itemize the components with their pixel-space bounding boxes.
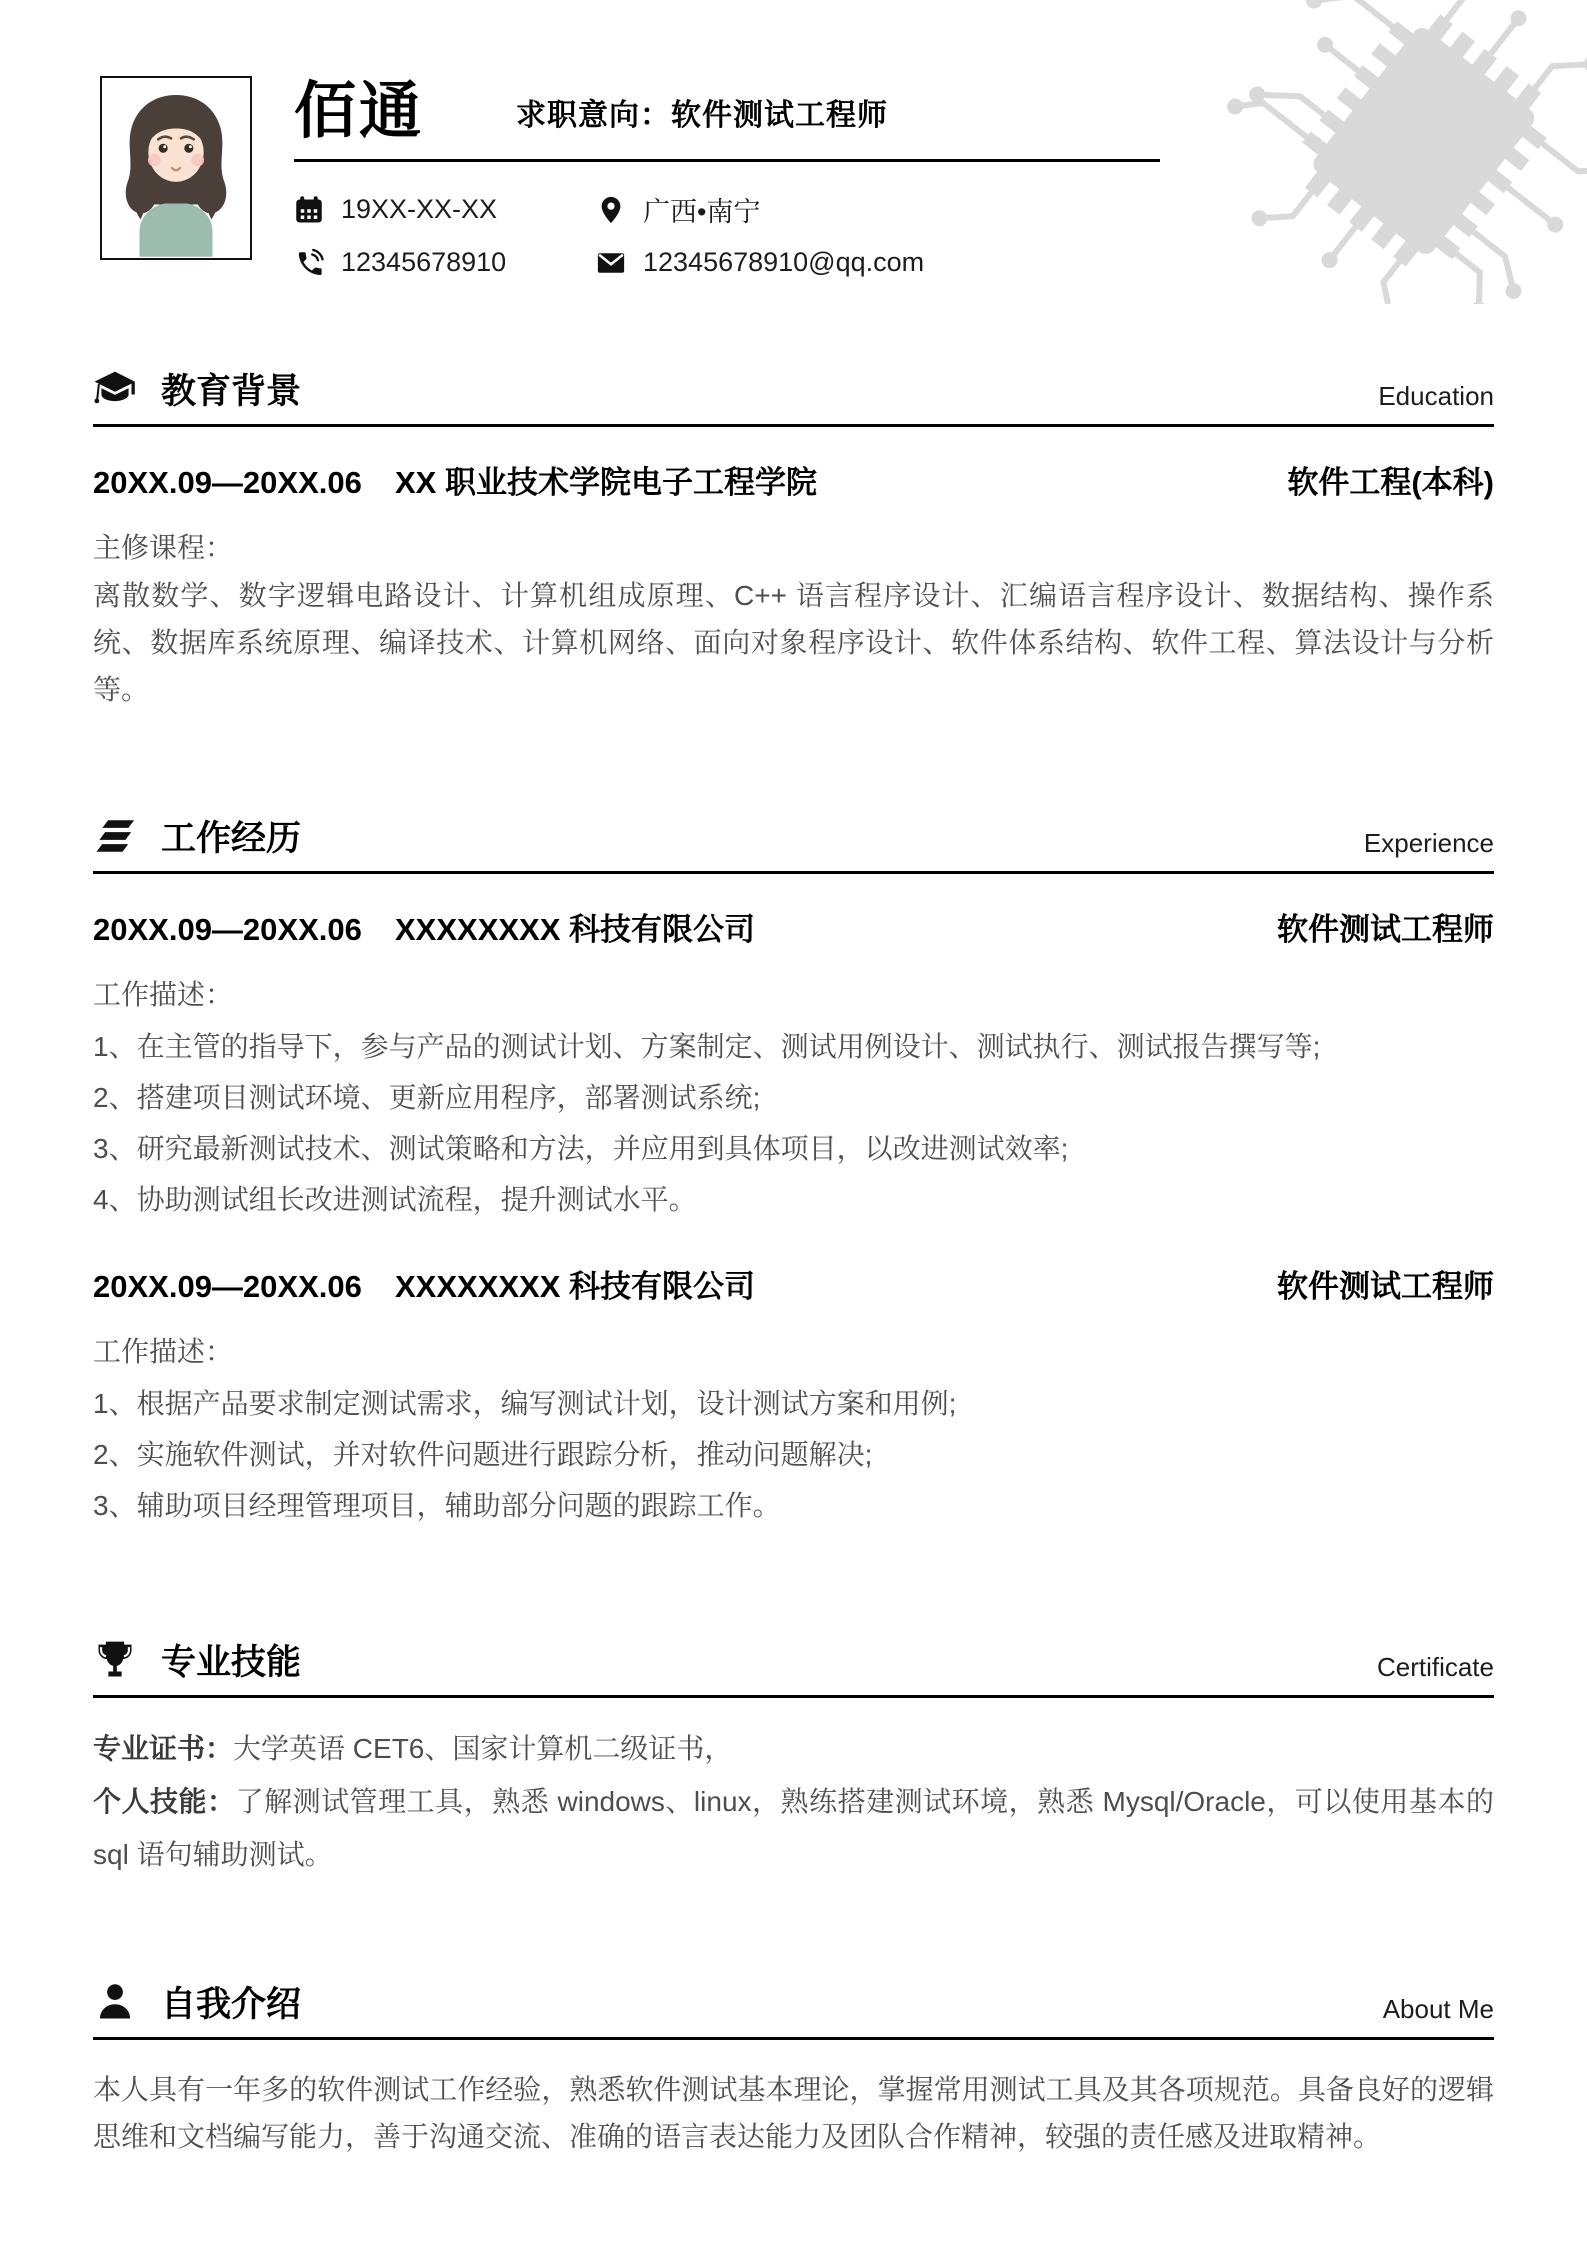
job-row: 20XX.09—20XX.06 XXXXXXXX 科技有限公司 软件测试工程师 bbox=[93, 904, 1494, 949]
envelope-icon bbox=[596, 248, 626, 278]
job-role: 软件测试工程师 bbox=[1277, 904, 1494, 949]
section-rule bbox=[93, 1695, 1494, 1698]
skill-text: 了解测试管理工具，熟悉 windows、linux，熟练搭建测试环境，熟悉 My… bbox=[93, 1786, 1494, 1870]
person-icon bbox=[93, 1980, 137, 2024]
job-desc-label: 工作描述： bbox=[93, 973, 1494, 1013]
experience-title: 工作经历 bbox=[161, 811, 301, 861]
trophy-icon bbox=[93, 1638, 137, 1682]
birthday-value: 19XX-XX-XX bbox=[341, 194, 497, 225]
job-bullets: 1、在主管的指导下，参与产品的测试计划、方案制定、测试用例设计、测试执行、测试报… bbox=[93, 1021, 1494, 1225]
about-title: 自我介绍 bbox=[161, 1977, 301, 2027]
resume-page: 佰通 求职意向：软件测试工程师 19XX-XX-XX 广西•南宁 bbox=[0, 0, 1587, 2245]
education-period: 20XX.09—20XX.06 bbox=[93, 465, 395, 501]
job-bullet: 1、在主管的指导下，参与产品的测试计划、方案制定、测试用例设计、测试执行、测试报… bbox=[93, 1021, 1494, 1072]
avatar bbox=[100, 76, 252, 260]
education-major: 软件工程(本科) bbox=[1287, 457, 1494, 502]
location-value: 广西•南宁 bbox=[643, 190, 760, 229]
job-period: 20XX.09—20XX.06 bbox=[93, 1269, 395, 1305]
contact-email: 12345678910@qq.com bbox=[596, 247, 1160, 278]
certificate-text: 大学英语 CET6、国家计算机二级证书， bbox=[233, 1733, 732, 1764]
job-role: 软件测试工程师 bbox=[1277, 1261, 1494, 1306]
section-rule bbox=[93, 871, 1494, 874]
job-bullet: 3、研究最新测试技术、测试策略和方法，并应用到具体项目，以改进测试效率; bbox=[93, 1123, 1494, 1174]
job-desc-label: 工作描述： bbox=[93, 1330, 1494, 1370]
certificate-label: 专业证书： bbox=[93, 1733, 233, 1764]
job-bullet: 2、搭建项目测试环境、更新应用程序，部署测试系统; bbox=[93, 1072, 1494, 1123]
job-bullet: 2、实施软件测试，并对软件问题进行跟踪分析，推动问题解决; bbox=[93, 1429, 1494, 1480]
section-rule bbox=[93, 2037, 1494, 2040]
contact-location: 广西•南宁 bbox=[596, 190, 1160, 229]
skill-line: 个人技能：了解测试管理工具，熟悉 windows、linux，熟练搭建测试环境，… bbox=[93, 1775, 1494, 1881]
skills-title-en: Certificate bbox=[1377, 1652, 1494, 1685]
job-bullets: 1、根据产品要求制定测试需求，编写测试计划，设计测试方案和用例; 2、实施软件测… bbox=[93, 1378, 1494, 1531]
location-pin-icon bbox=[596, 195, 626, 225]
section-rule bbox=[93, 424, 1494, 427]
skills-title: 专业技能 bbox=[161, 1635, 301, 1685]
section-skills: 专业技能 Certificate 专业证书：大学英语 CET6、国家计算机二级证… bbox=[93, 1635, 1494, 1881]
job-period: 20XX.09—20XX.06 bbox=[93, 912, 395, 948]
section-education: 教育背景 Education 20XX.09—20XX.06 XX 职业技术学院… bbox=[93, 364, 1494, 713]
job-bullet: 3、辅助项目经理管理项目，辅助部分问题的跟踪工作。 bbox=[93, 1480, 1494, 1531]
phone-value: 12345678910 bbox=[341, 247, 506, 278]
graduation-cap-icon bbox=[93, 367, 137, 411]
calendar-icon bbox=[294, 195, 324, 225]
phone-icon bbox=[294, 248, 324, 278]
job-bullet: 4、协助测试组长改进测试流程，提升测试水平。 bbox=[93, 1174, 1494, 1225]
section-experience: 工作经历 Experience 20XX.09—20XX.06 XXXXXXXX… bbox=[93, 811, 1494, 1531]
courses-label: 主修课程： bbox=[93, 526, 1494, 566]
job-company: XXXXXXXX 科技有限公司 bbox=[395, 1261, 1277, 1306]
job-intention: 求职意向：软件测试工程师 bbox=[516, 90, 888, 134]
contact-birthday: 19XX-XX-XX bbox=[294, 190, 596, 229]
header-main: 佰通 求职意向：软件测试工程师 19XX-XX-XX 广西•南宁 bbox=[294, 76, 1160, 278]
education-title: 教育背景 bbox=[161, 364, 301, 414]
contact-phone: 12345678910 bbox=[294, 247, 596, 278]
courses-text: 离散数学、数字逻辑电路设计、计算机组成原理、C++ 语言程序设计、汇编语言程序设… bbox=[93, 572, 1494, 713]
email-value: 12345678910@qq.com bbox=[643, 247, 924, 278]
education-row: 20XX.09—20XX.06 XX 职业技术学院电子工程学院 软件工程(本科) bbox=[93, 457, 1494, 502]
job-bullet: 1、根据产品要求制定测试需求，编写测试计划，设计测试方案和用例; bbox=[93, 1378, 1494, 1429]
job-company: XXXXXXXX 科技有限公司 bbox=[395, 904, 1277, 949]
education-title-en: Education bbox=[1378, 381, 1494, 414]
name-underline bbox=[294, 159, 1160, 162]
certificate-line: 专业证书：大学英语 CET6、国家计算机二级证书， bbox=[93, 1722, 1494, 1775]
candidate-name: 佰通 bbox=[294, 76, 424, 147]
education-school: XX 职业技术学院电子工程学院 bbox=[395, 457, 1287, 502]
resume-header: 佰通 求职意向：软件测试工程师 19XX-XX-XX 广西•南宁 bbox=[0, 0, 1587, 278]
about-text: 本人具有一年多的软件测试工作经验，熟悉软件测试基本理论，掌握常用测试工具及其各项… bbox=[93, 2066, 1494, 2160]
about-title-en: About Me bbox=[1383, 1994, 1494, 2027]
experience-title-en: Experience bbox=[1364, 828, 1494, 861]
job-row: 20XX.09—20XX.06 XXXXXXXX 科技有限公司 软件测试工程师 bbox=[93, 1261, 1494, 1306]
layers-icon bbox=[93, 814, 137, 858]
contact-grid: 19XX-XX-XX 广西•南宁 12345678910 bbox=[294, 190, 1160, 278]
section-about: 自我介绍 About Me 本人具有一年多的软件测试工作经验，熟悉软件测试基本理… bbox=[93, 1977, 1494, 2160]
skill-label: 个人技能： bbox=[93, 1786, 236, 1817]
